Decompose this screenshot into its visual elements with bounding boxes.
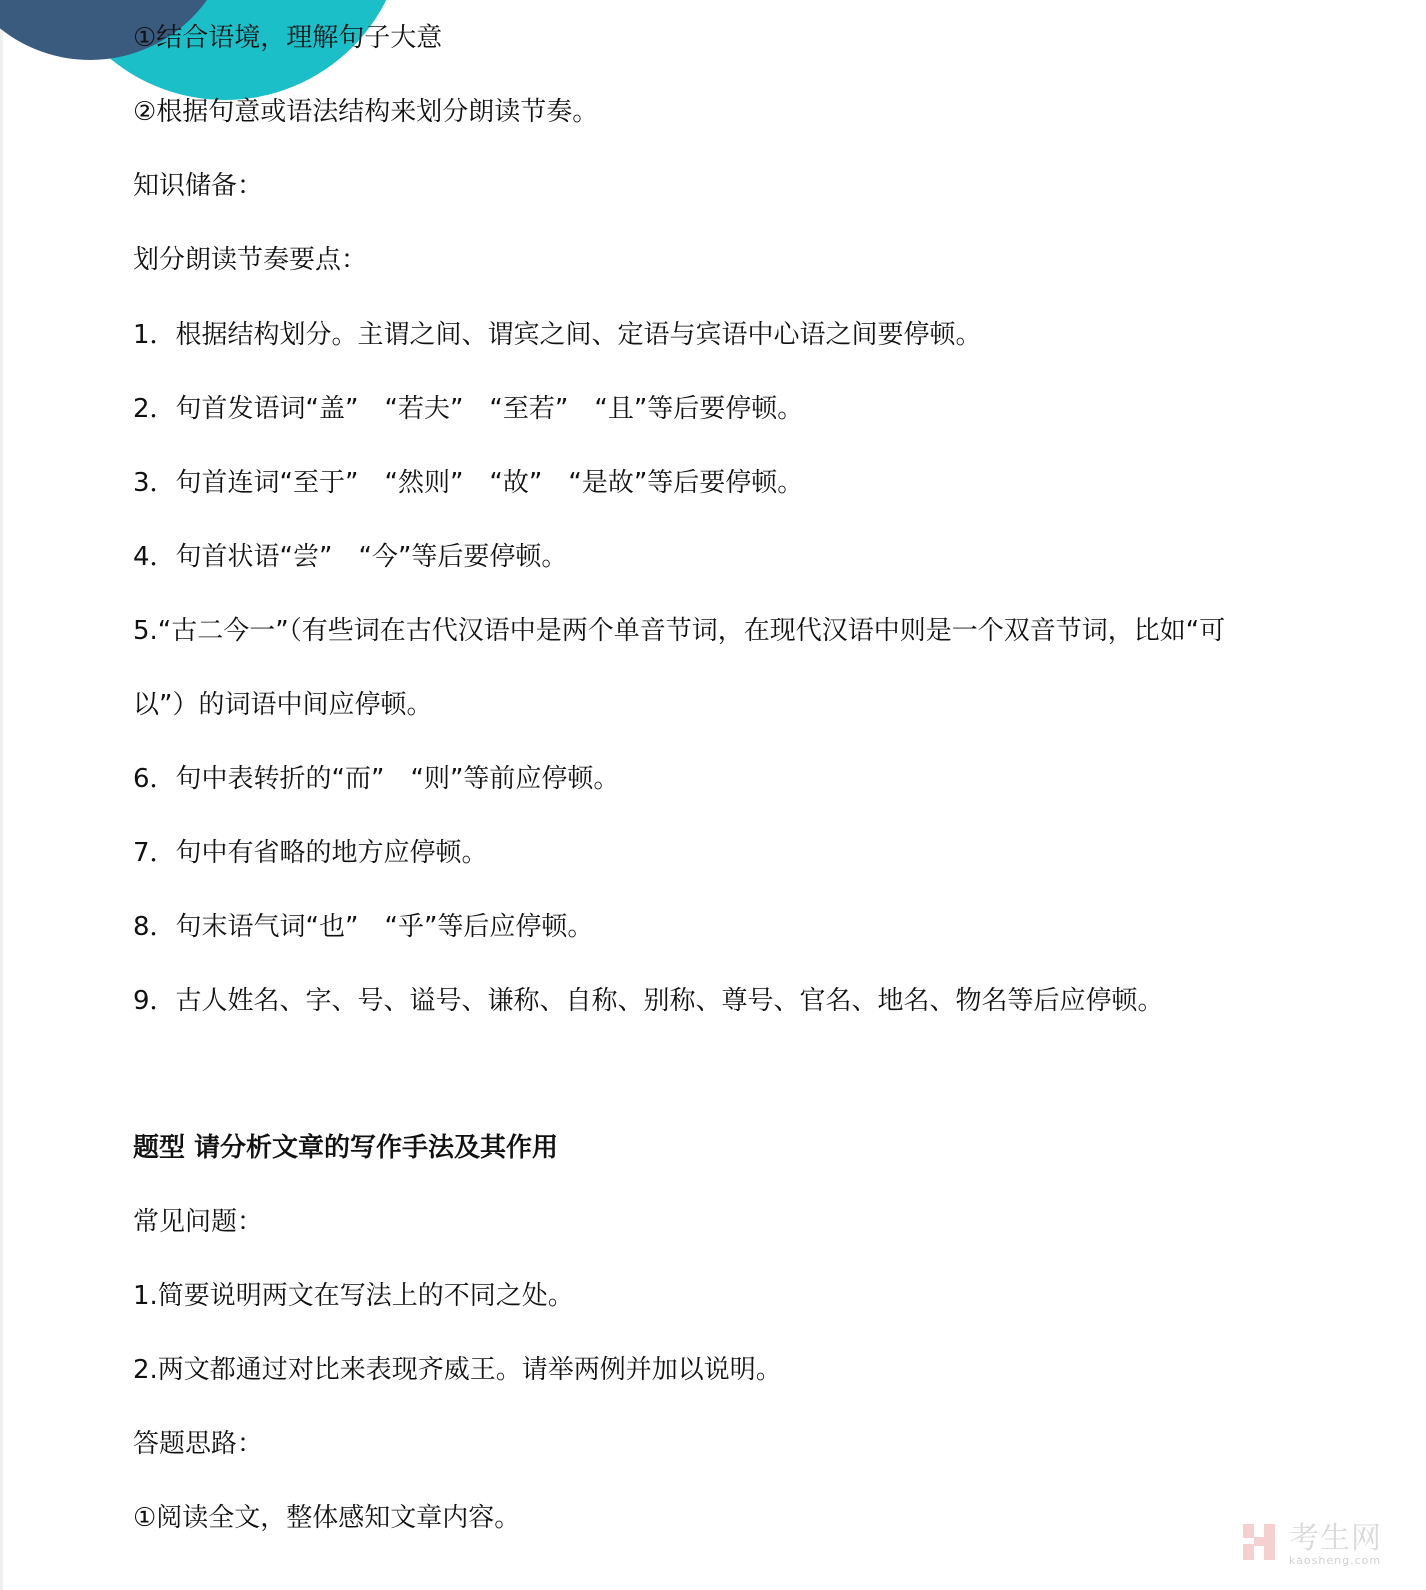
rhythm-point-1: 1．根据结构划分。主谓之间、谓宾之间、定语与宾语中心语之间要停顿。: [133, 317, 982, 353]
rhythm-point-2: 2．句首发语词“盖” “若夫” “至若” “且”等后要停顿。: [133, 391, 803, 427]
step-1-text: ①结合语境，理解句子大意: [133, 20, 442, 56]
step-2-text: ②根据句意或语法结构来划分朗读节奏。: [133, 94, 598, 130]
kaosheng-logo-icon: [1243, 1524, 1275, 1560]
page-left-border: [0, 0, 3, 1590]
watermark-subtitle: kaosheng.com: [1289, 1555, 1381, 1567]
rhythm-point-4: 4．句首状语“尝” “今”等后要停顿。: [133, 539, 567, 575]
rhythm-point-6: 6．句中表转折的“而” “则”等前应停顿。: [133, 761, 619, 797]
watermark-title: 考生网: [1289, 1522, 1382, 1556]
rhythm-point-5-continued: 以”）的词语中间应停顿。: [133, 687, 432, 723]
question-1: 1.简要说明两文在写法上的不同之处。: [133, 1278, 574, 1314]
section-heading: 题型 请分析文章的写作手法及其作用: [133, 1130, 558, 1166]
rhythm-points-label: 划分朗读节奏要点：: [133, 242, 367, 278]
rhythm-point-7: 7．句中有省略的地方应停顿。: [133, 835, 488, 871]
rhythm-point-3: 3．句首连词“至于” “然则” “故” “是故”等后要停顿。: [133, 465, 803, 501]
approach-label: 答题思路：: [133, 1426, 263, 1462]
rhythm-point-8: 8．句末语气词“也” “乎”等后应停顿。: [133, 909, 593, 945]
question-2: 2.两文都通过对比来表现齐威王。请举两例并加以说明。: [133, 1352, 782, 1388]
common-questions-label: 常见问题：: [133, 1204, 263, 1240]
knowledge-label: 知识储备：: [133, 168, 263, 204]
approach-step-1: ①阅读全文，整体感知文章内容。: [133, 1500, 520, 1536]
watermark: 考生网 kaosheng.com: [1243, 1522, 1403, 1570]
rhythm-point-5: 5.“古二今一”（有些词在古代汉语中是两个单音节词，在现代汉语中则是一个双音节词…: [133, 613, 1225, 649]
rhythm-point-9: 9．古人姓名、字、号、谥号、谦称、自称、别称、尊号、官名、地名、物名等后应停顿。: [133, 983, 1164, 1019]
